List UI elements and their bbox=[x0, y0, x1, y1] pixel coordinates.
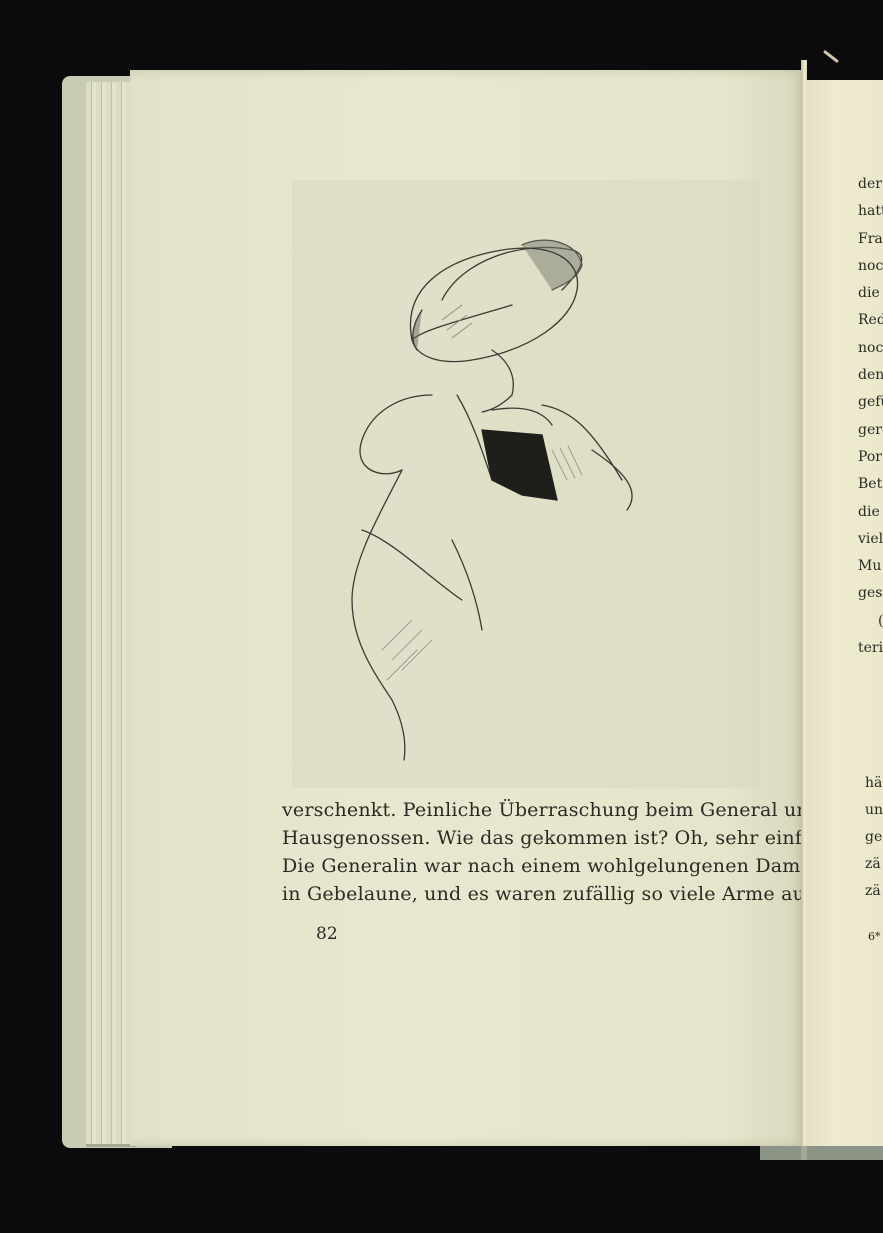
right-line-start: die bbox=[858, 285, 883, 312]
body-text: verschenkt. Peinliche Überraschung beim … bbox=[282, 796, 770, 908]
right-line-start: Red bbox=[858, 312, 883, 339]
right-line-start: Por bbox=[858, 449, 883, 476]
right-line-start: viel bbox=[858, 531, 883, 558]
right-line-start: zä bbox=[865, 856, 883, 883]
right-page-text-bottom: hä un ge, zä zä bbox=[865, 775, 883, 910]
right-line-start: der bbox=[858, 176, 883, 203]
right-line-start: hatt bbox=[858, 203, 883, 230]
loose-thread bbox=[823, 50, 839, 63]
right-line-start: ( bbox=[858, 613, 883, 640]
right-line-start: teri bbox=[858, 640, 883, 667]
right-line-start: Bet bbox=[858, 476, 883, 503]
right-line-start: gest bbox=[858, 585, 883, 612]
right-page-text-top: der hatt Fra noch die Red noch den gefü … bbox=[858, 176, 883, 667]
text-line: Die Generalin war nach einem wohlgelunge… bbox=[282, 852, 770, 880]
spine-bottom-edge bbox=[760, 1146, 883, 1160]
right-line-start: die bbox=[858, 504, 883, 531]
right-line-start: Mu bbox=[858, 558, 883, 585]
text-line: verschenkt. Peinliche Überraschung beim … bbox=[282, 796, 770, 824]
right-line-start: un bbox=[865, 802, 883, 829]
right-line-start: zä bbox=[865, 883, 883, 910]
right-line-start: den bbox=[858, 367, 883, 394]
page-number: 82 bbox=[316, 924, 338, 944]
sketch-illustration-icon bbox=[292, 180, 760, 788]
page-stack-edges bbox=[86, 82, 136, 1147]
right-line-start: gefü bbox=[858, 394, 883, 421]
right-line-start: hä bbox=[865, 775, 883, 802]
right-line-start: Fra bbox=[858, 231, 883, 258]
text-line: in Gebelaune, und es waren zufällig so v… bbox=[282, 880, 770, 908]
right-line-start: noch bbox=[858, 340, 883, 367]
right-line-start: noch bbox=[858, 258, 883, 285]
signature-mark: 6* bbox=[868, 930, 881, 943]
text-line: Hausgenossen. Wie das gekommen ist? Oh, … bbox=[282, 824, 770, 852]
right-line-start: gere bbox=[858, 422, 883, 449]
right-line-start: ge, bbox=[865, 829, 883, 856]
